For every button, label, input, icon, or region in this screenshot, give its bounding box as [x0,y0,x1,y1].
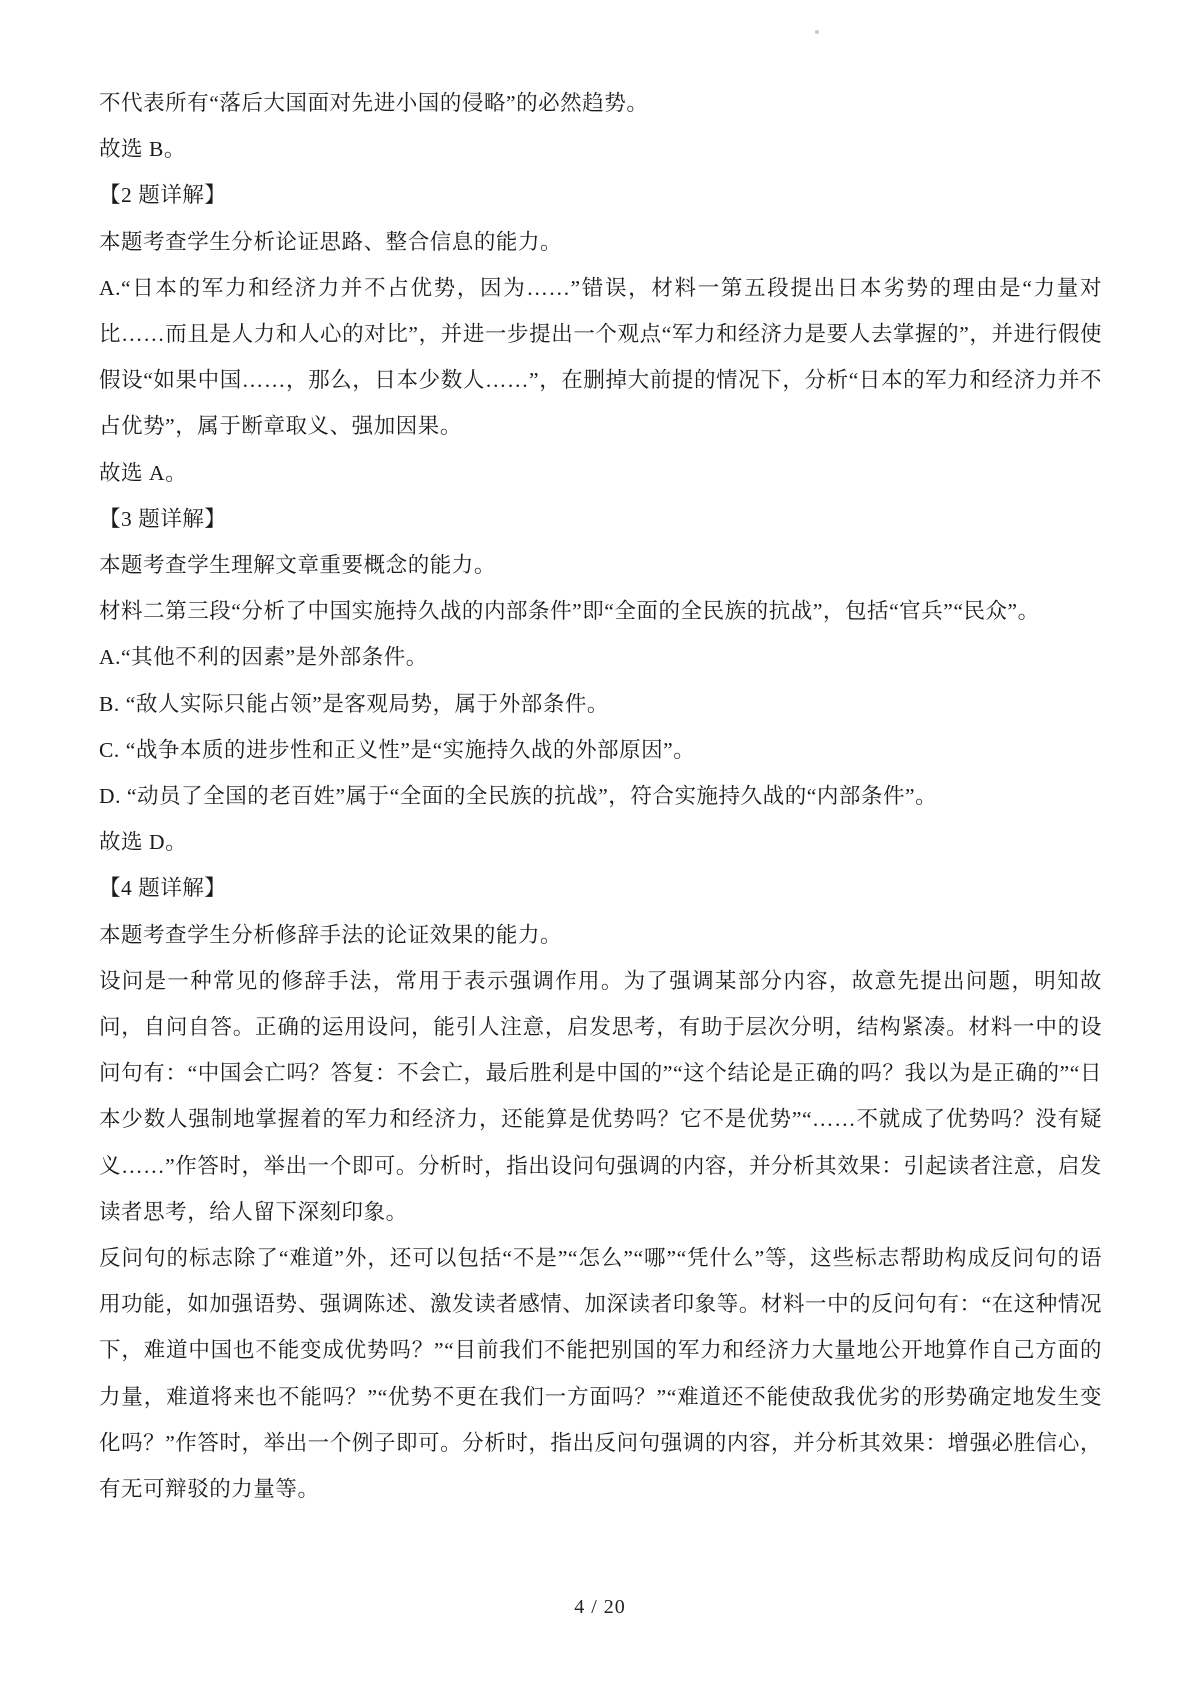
paragraph: D. “动员了全国的老百姓”属于“全面的全民族的抗战”，符合实施持久战的“内部条… [99,773,1102,819]
paragraph: B. “敌人实际只能占领”是客观局势，属于外部条件。 [99,681,1102,727]
paragraph: 本题考查学生理解文章重要概念的能力。 [99,542,1102,588]
scan-artifact-dot [815,30,819,34]
paragraph: 故选 D。 [99,819,1102,865]
paragraph: 反问句的标志除了“难道”外，还可以包括“不是”“怎么”“哪”“凭什么”等，这些标… [99,1235,1102,1512]
paragraph: 不代表所有“落后大国面对先进小国的侵略”的必然趋势。 [99,80,1102,126]
section-heading: 【3 题详解】 [99,496,1102,542]
paragraph: 材料二第三段“分析了中国实施持久战的内部条件”即“全面的全民族的抗战”，包括“官… [99,588,1102,634]
paragraph: 故选 A。 [99,450,1102,496]
paragraph: 本题考查学生分析论证思路、整合信息的能力。 [99,219,1102,265]
paragraph: 设问是一种常见的修辞手法，常用于表示强调作用。为了强调某部分内容，故意先提出问题… [99,958,1102,1235]
document-body: 不代表所有“落后大国面对先进小国的侵略”的必然趋势。故选 B。【2 题详解】本题… [99,80,1102,1512]
paragraph: A.“日本的军力和经济力并不占优势，因为……”错误，材料一第五段提出日本劣势的理… [99,265,1102,450]
section-heading: 【2 题详解】 [99,172,1102,218]
page-number: 4 / 20 [574,1596,626,1618]
page-footer: 4 / 20 [0,1596,1200,1619]
paragraph: 故选 B。 [99,126,1102,172]
paragraph: 本题考查学生分析修辞手法的论证效果的能力。 [99,912,1102,958]
paragraph: C. “战争本质的进步性和正义性”是“实施持久战的外部原因”。 [99,727,1102,773]
document-page: 不代表所有“落后大国面对先进小国的侵略”的必然趋势。故选 B。【2 题详解】本题… [0,0,1200,1697]
paragraph: A.“其他不利的因素”是外部条件。 [99,634,1102,680]
section-heading: 【4 题详解】 [99,865,1102,911]
